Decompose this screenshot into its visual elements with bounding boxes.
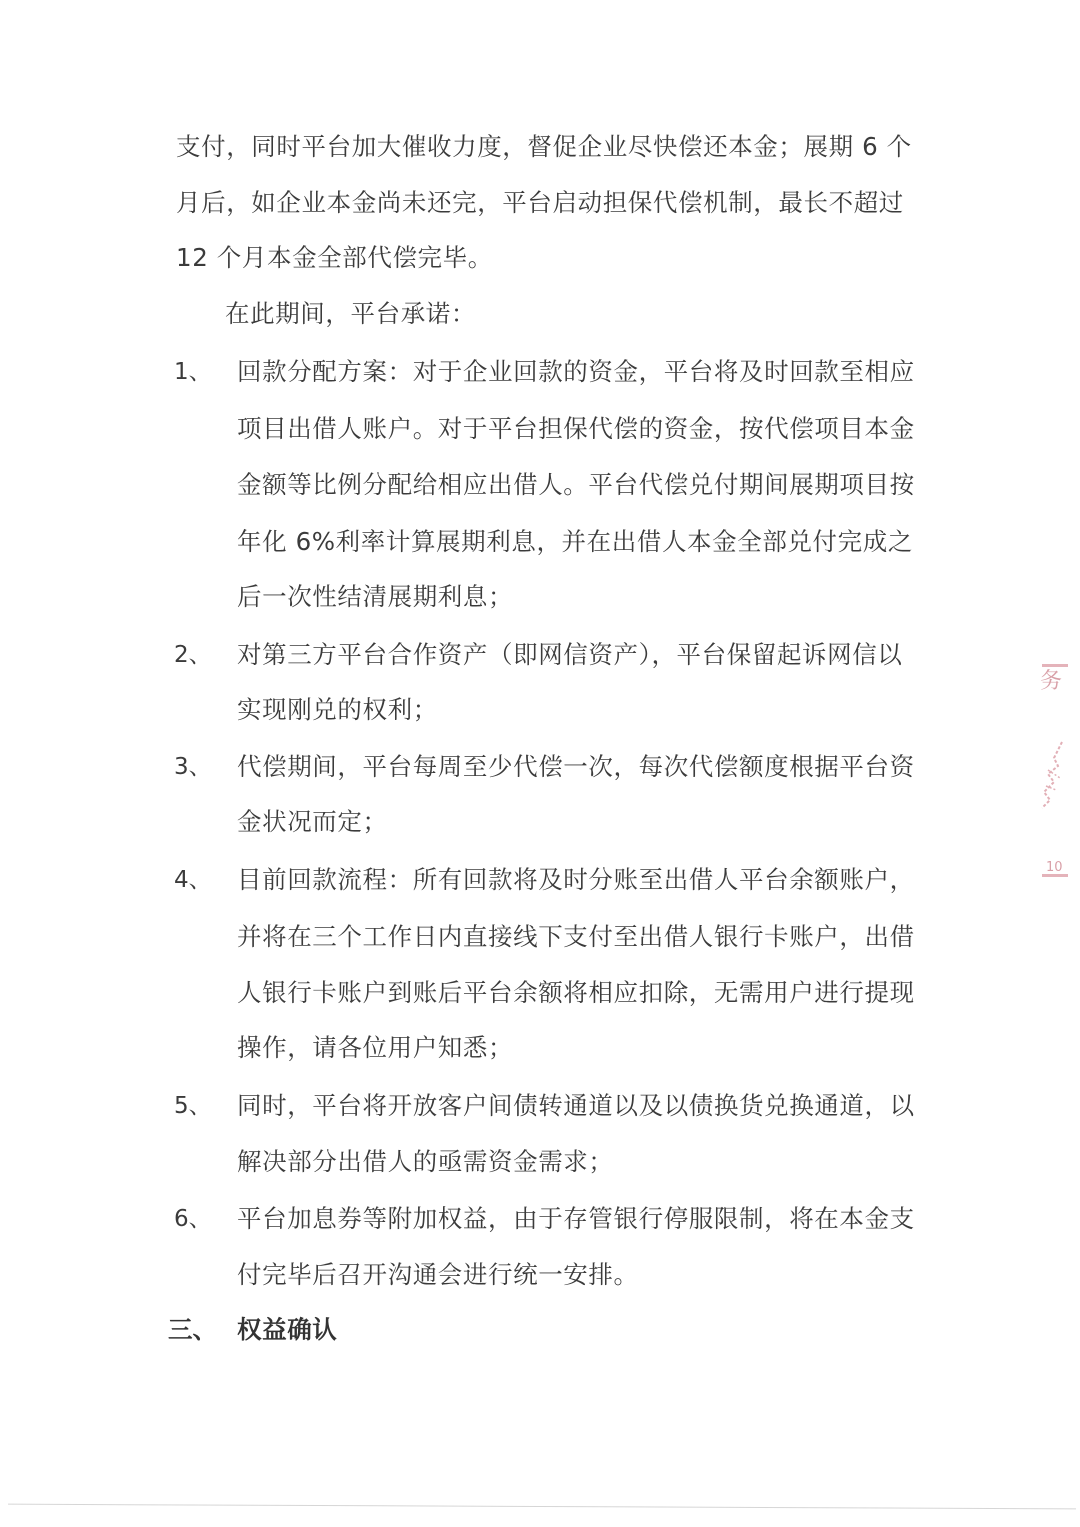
intro-line-1: 支付，同时平台加大催收力度，督促企业尽快偿还本金；展期 6 个 — [176, 132, 912, 162]
list-item-number-1: 1、 — [174, 357, 212, 387]
list-item-5-line-1: 同时，平台将开放客户间债转通道以及以债换货兑换通道，以 — [237, 1091, 915, 1121]
list-item-3-line-2: 金状况而定； — [237, 807, 388, 837]
list-item-1-line-3: 金额等比例分配给相应出借人。平台代偿兑付期间展期项目按 — [237, 470, 915, 500]
list-item-1-line-2: 项目出借人账户。对于平台担保代偿的资金，按代偿项目本金 — [237, 414, 915, 444]
list-item-4-line-3: 人银行卡账户到账后平台余额将相应扣除，无需用户进行提现 — [237, 978, 915, 1008]
list-item-1-line-4: 年化 6%利率计算展期利息，并在出借人本金全部兑付完成之 — [237, 527, 913, 557]
list-item-5-line-2: 解决部分出借人的亟需资金需求； — [237, 1147, 614, 1177]
intro-line-3: 12 个月本金全部代偿完毕。 — [176, 243, 493, 273]
stamp-mark-bottom-bar — [1042, 874, 1068, 877]
list-item-number-5: 5、 — [174, 1091, 212, 1121]
list-item-2-line-1: 对第三方平台合作资产（即网信资产），平台保留起诉网信以 — [237, 640, 902, 670]
section-heading-number: 三、 — [168, 1315, 217, 1345]
list-item-number-6: 6、 — [174, 1204, 212, 1234]
list-item-2-line-2: 实现刚兑的权利； — [237, 695, 438, 725]
list-item-1-line-5: 后一次性结清展期利息； — [237, 582, 513, 612]
list-item-6-line-1: 平台加息券等附加权益，由于存管银行停服限制，将在本金支 — [237, 1204, 915, 1234]
stamp-mark-top-bar — [1042, 664, 1068, 667]
list-item-3-line-1: 代偿期间，平台每周至少代偿一次，每次代偿额度根据平台资 — [237, 752, 915, 782]
seal-stamp-fragment-icon — [1034, 740, 1070, 810]
list-item-1-line-1: 回款分配方案：对于企业回款的资金，平台将及时回款至相应 — [237, 357, 915, 387]
document-page: 支付，同时平台加大催收力度，督促企业尽快偿还本金；展期 6 个 月后，如企业本金… — [0, 0, 1080, 1527]
list-item-number-2: 2、 — [174, 640, 212, 670]
list-item-4-line-1: 目前回款流程：所有回款将及时分账至出借人平台余额账户， — [237, 865, 915, 895]
intro-line-2: 月后，如企业本金尚未还完，平台启动担保代偿机制，最长不超过 — [176, 188, 904, 218]
seal-stamp-glyph-top: 务 — [1040, 670, 1062, 694]
list-item-number-3: 3、 — [174, 752, 212, 782]
page-bottom-edge-line — [8, 1504, 1076, 1510]
list-item-4-line-2: 并将在三个工作日内直接线下支付至出借人银行卡账户，出借 — [237, 922, 915, 952]
commitment-intro: 在此期间，平台承诺： — [225, 299, 476, 329]
list-item-number-4: 4、 — [174, 865, 212, 895]
list-item-4-line-4: 操作，请各位用户知悉； — [237, 1033, 513, 1063]
section-heading-title: 权益确认 — [237, 1315, 337, 1345]
list-item-6-line-2: 付完毕后召开沟通会进行统一安排。 — [237, 1260, 639, 1290]
